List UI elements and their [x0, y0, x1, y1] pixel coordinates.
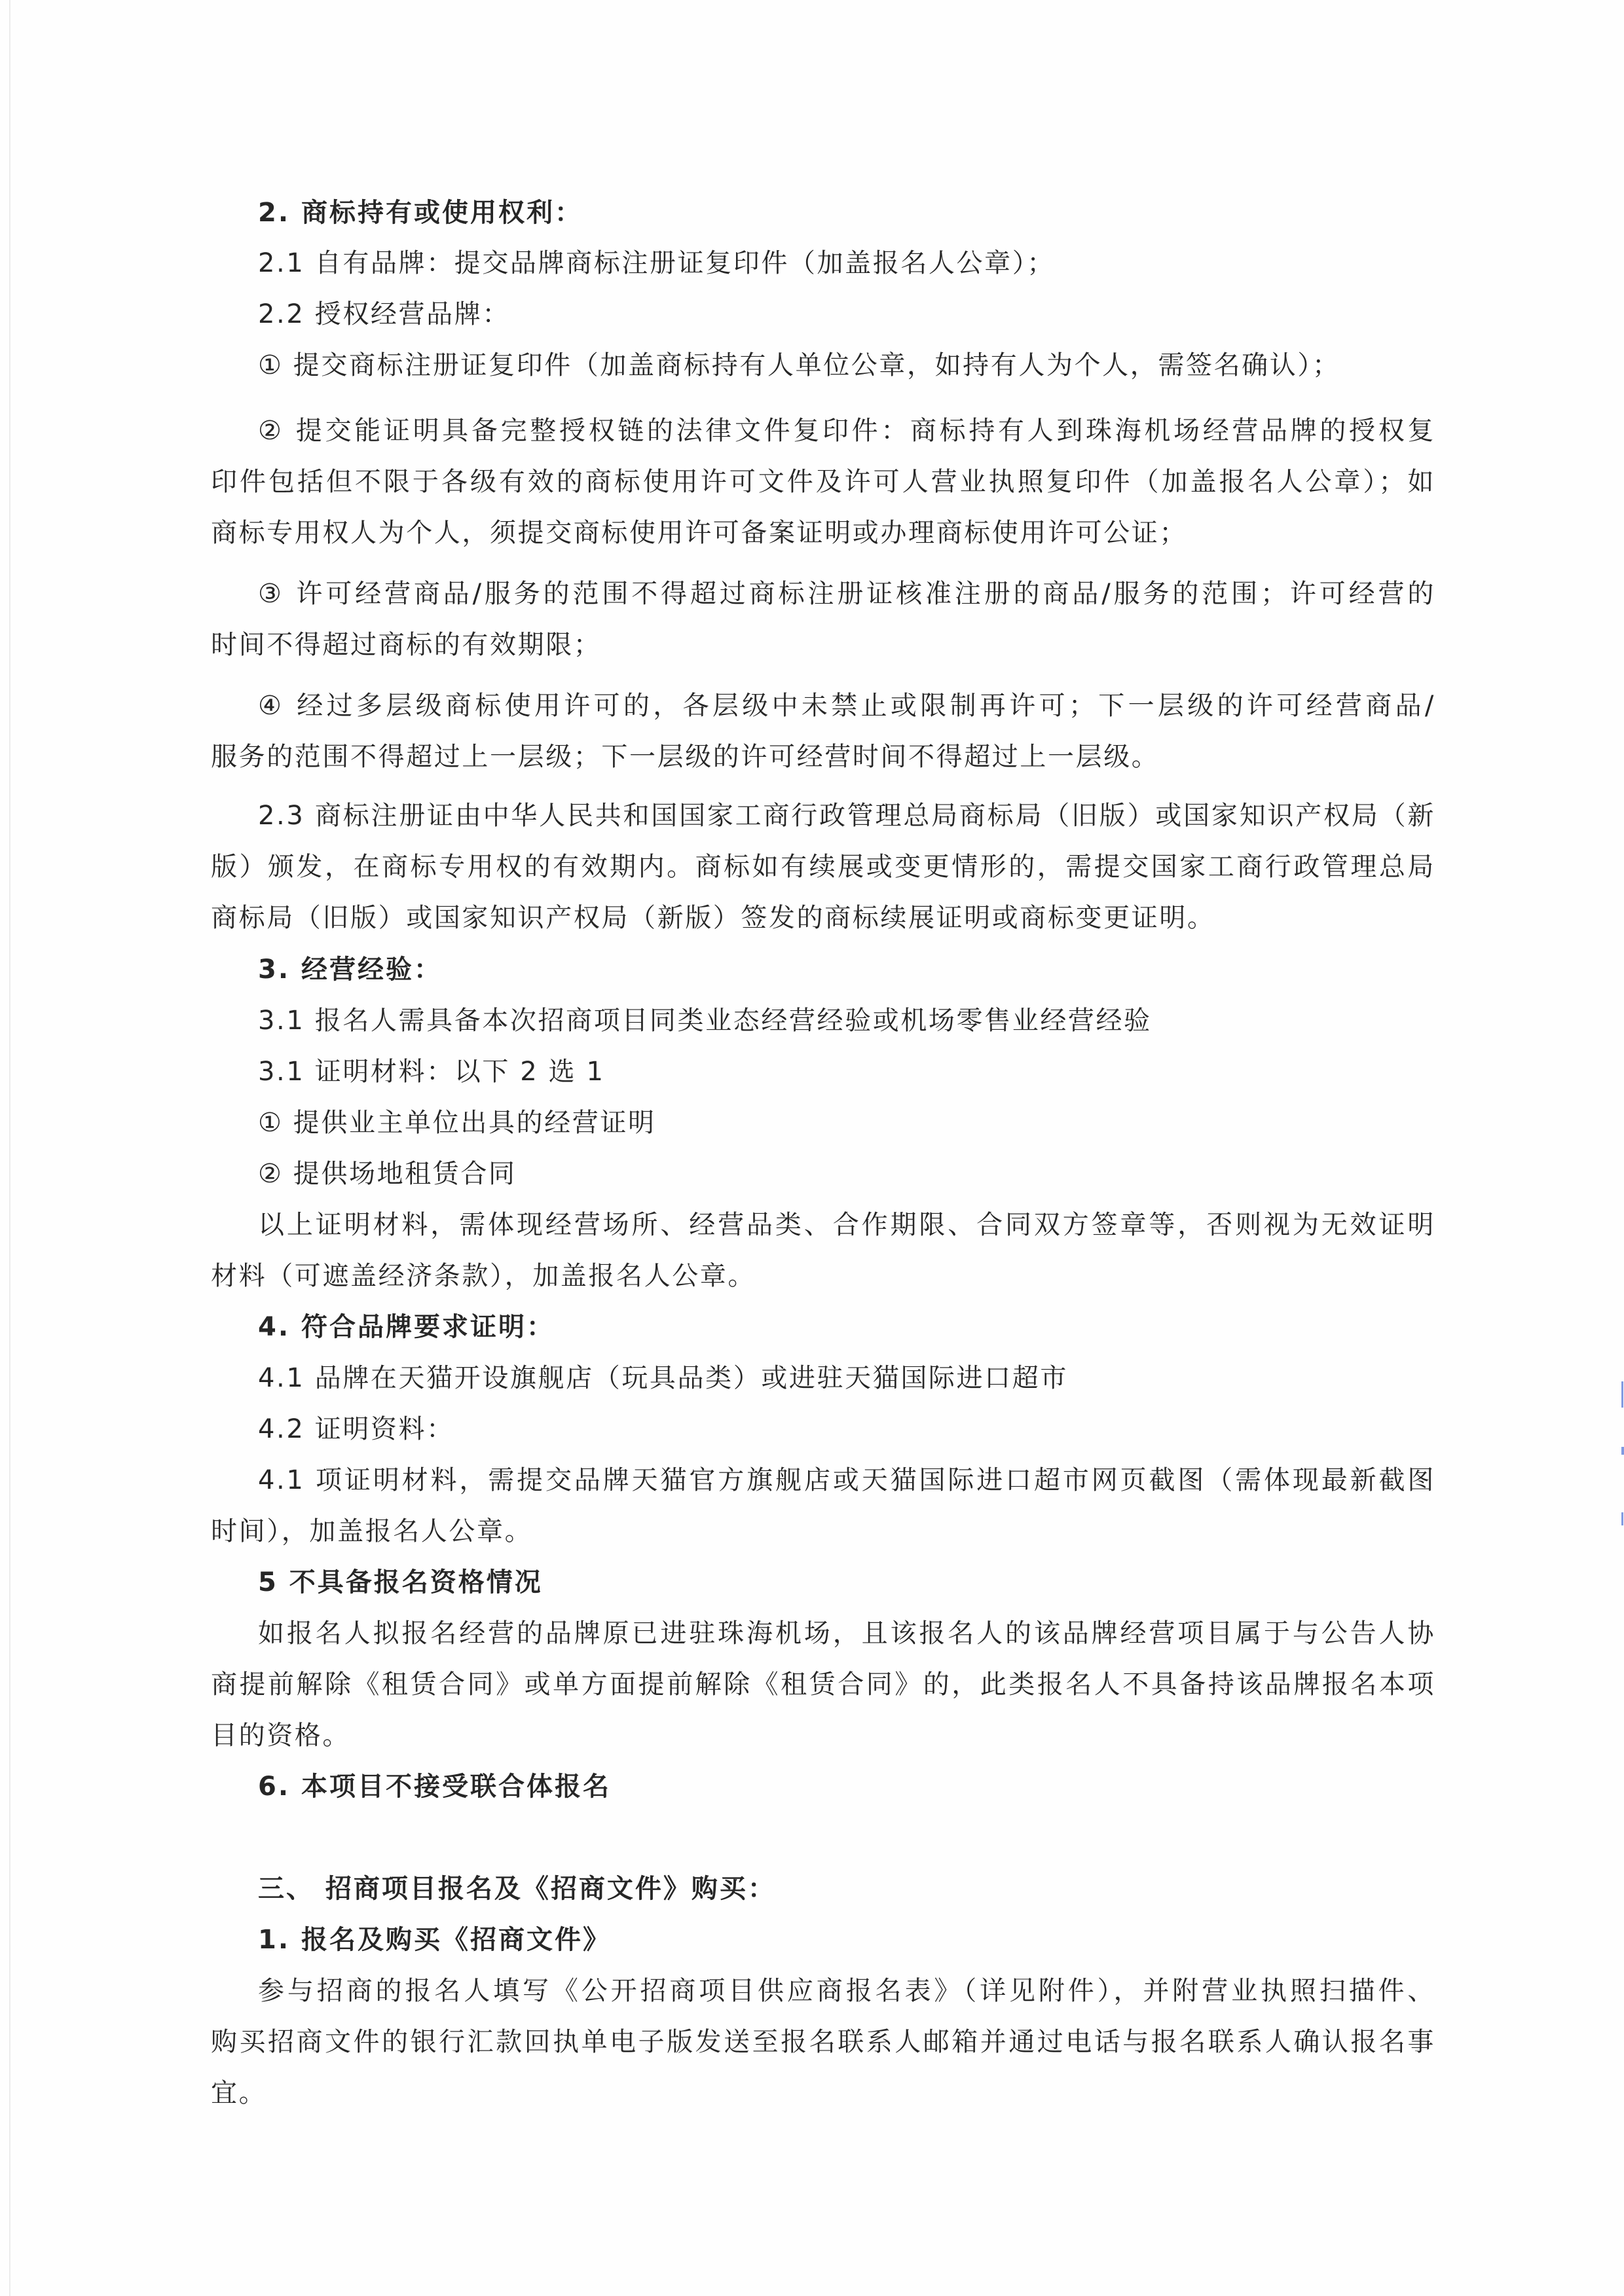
paragraph-line: 商提前解除《租赁合同》或单方面提前解除《租赁合同》的，此类报名人不具备持该品牌报… — [211, 1668, 1435, 1701]
paragraph-line: 印件包括但不限于各级有效的商标使用许可文件及许可人营业执照复印件（加盖报名人公章… — [211, 465, 1435, 498]
paragraph-line: ② 提交能证明具备完整授权链的法律文件复印件：商标持有人到珠海机场经营品牌的授权… — [258, 414, 1435, 447]
section-heading: 5 不具备报名资格情况 — [258, 1566, 543, 1599]
paragraph-line: ① 提交商标注册证复印件（加盖商标持有人单位公章，如持有人为个人，需签名确认）； — [258, 349, 1340, 382]
paragraph-line: 2.1 自有品牌：提交品牌商标注册证复印件（加盖报名人公章）； — [258, 247, 1055, 280]
scan-artifact-mark — [1621, 1447, 1624, 1455]
paragraph-line: 商标局（旧版）或国家知识产权局（新版）签发的商标续展证明或商标变更证明。 — [211, 902, 1215, 934]
section-heading: 2. 商标持有或使用权利： — [258, 196, 583, 229]
scan-artifact-mark — [1621, 1512, 1623, 1525]
paragraph-line: 材料（可遮盖经济条款），加盖报名人公章。 — [211, 1260, 756, 1292]
paragraph-line: 版）颁发，在商标专用权的有效期内。商标如有续展或变更情形的，需提交国家工商行政管… — [211, 850, 1435, 883]
section-heading: 3. 经营经验： — [258, 953, 442, 986]
paragraph-line: 购买招商文件的银行汇款回执单电子版发送至报名联系人邮箱并通过电话与报名联系人确认… — [211, 2026, 1435, 2058]
scan-artifact-mark — [1621, 1381, 1623, 1408]
paragraph-line: 以上证明材料，需体现经营场所、经营品类、合作期限、合同双方签章等，否则视为无效证… — [258, 1209, 1435, 1241]
paragraph-line: 服务的范围不得超过上一层级；下一层级的许可经营时间不得超过上一层级。 — [211, 740, 1159, 773]
paragraph-line: 2.3 商标注册证由中华人民共和国国家工商行政管理总局商标局（旧版）或国家知识产… — [258, 799, 1435, 832]
section-heading: 6. 本项目不接受联合体报名 — [258, 1770, 611, 1803]
paragraph-line: ① 提供业主单位出具的经营证明 — [258, 1106, 656, 1139]
paragraph-line: 2.2 授权经营品牌： — [258, 298, 510, 331]
paragraph-line: 3.1 证明材料：以下 2 选 1 — [258, 1055, 605, 1088]
paragraph-line: 3.1 报名人需具备本次招商项目同类业态经营经验或机场零售业经营经验 — [258, 1004, 1152, 1037]
paragraph-line: ④ 经过多层级商标使用许可的，各层级中未禁止或限制再许可；下一层级的许可经营商品… — [258, 689, 1435, 722]
paragraph-line: 时间不得超过商标的有效期限； — [211, 629, 601, 661]
paragraph-line: 如报名人拟报名经营的品牌原已进驻珠海机场，且该报名人的该品牌经营项目属于与公告人… — [258, 1617, 1435, 1650]
paragraph-line: 时间），加盖报名人公章。 — [211, 1515, 532, 1548]
section-heading: 三、 招商项目报名及《招商文件》购买： — [258, 1872, 776, 1905]
paragraph-line: 参与招商的报名人填写《公开招商项目供应商报名表》（详见附件），并附营业执照扫描件… — [258, 1975, 1435, 2007]
paragraph-line: ② 提供场地租赁合同 — [258, 1157, 517, 1190]
paragraph-line: 商标专用权人为个人，须提交商标使用许可备案证明或办理商标使用许可公证； — [211, 517, 1187, 549]
section-heading: 4. 符合品牌要求证明： — [258, 1311, 555, 1343]
document-page: 2. 商标持有或使用权利：2.1 自有品牌：提交品牌商标注册证复印件（加盖报名人… — [0, 0, 1624, 2296]
paragraph-line: 4.1 项证明材料，需提交品牌天猫官方旗舰店或天猫国际进口超市网页截图（需体现最… — [258, 1464, 1435, 1497]
paragraph-line: 目的资格。 — [211, 1719, 350, 1752]
paragraph-line: 宜。 — [211, 2077, 267, 2109]
scan-edge-line — [9, 0, 10, 2296]
paragraph-line: ③ 许可经营商品/服务的范围不得超过商标注册证核准注册的商品/服务的范围；许可经… — [258, 577, 1435, 610]
paragraph-line: 4.1 品牌在天猫开设旗舰店（玩具品类）或进驻天猫国际进口超市 — [258, 1362, 1068, 1394]
section-heading: 1. 报名及购买《招商文件》 — [258, 1923, 611, 1956]
paragraph-line: 4.2 证明资料： — [258, 1413, 454, 1446]
